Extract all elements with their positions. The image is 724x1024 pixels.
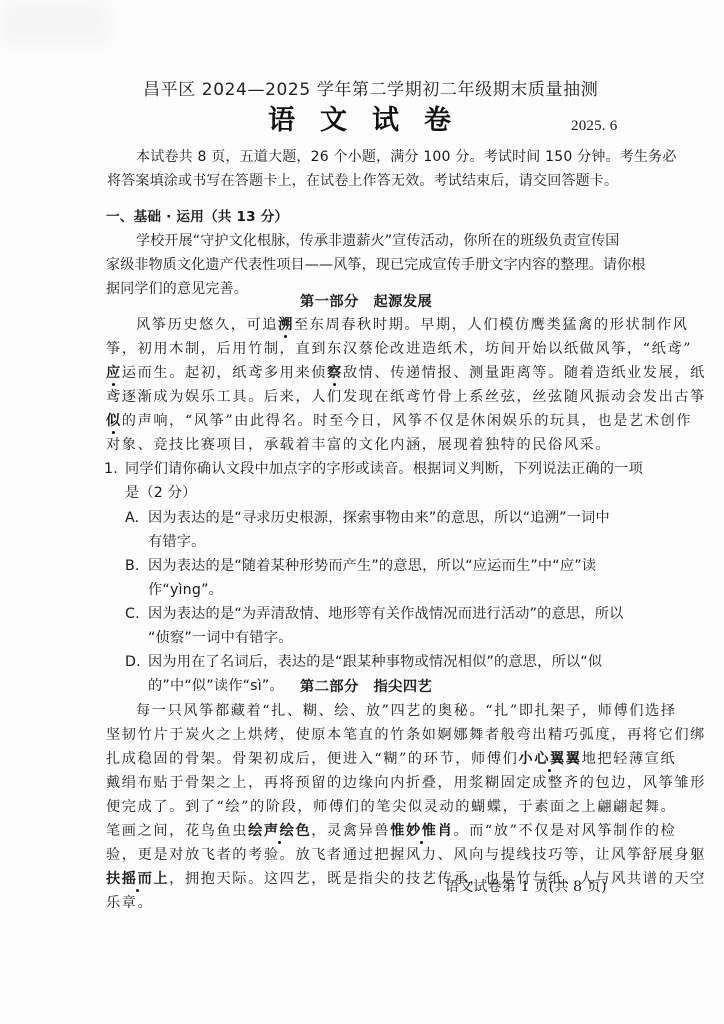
part2-heading: 第二部分 指尖四艺 <box>300 677 432 697</box>
question-number: 1. <box>104 459 118 479</box>
text: 的声响，“风筝”由此得名。时至今日，风筝不仅是休闲娱乐的玩具，也是艺术创作 <box>122 413 692 429</box>
text: 至东周春秋时期。早期，人们模仿鹰类猛禽的形状制作风 <box>294 317 689 333</box>
emphasized-char: 似 <box>106 413 122 429</box>
section-intro-line-2: 家级非物质文化遗产代表性项目——风筝，现已完成宣传手册文字内容的整理。请你根 <box>106 255 646 275</box>
question-stem-line-1: 同学们请你确认文段中加点字的字形或读音。根据词义判断，下列说法正确的一项 <box>125 459 643 479</box>
question-stem-line-2: 是（2 分） <box>125 483 197 503</box>
emphasized-phrase: 绘声绘色 <box>248 823 311 839</box>
text: 敌情、传递情报、测量距离等。随着造纸业发展，纸 <box>343 365 706 381</box>
exam-title: 昌平区 2024—2025 学年第二学期初二年级期末质量抽测 <box>143 80 598 100</box>
option-d-label[interactable]: D. <box>125 652 141 672</box>
text: 运而生。起初，纸鸢多用来侦 <box>122 365 327 381</box>
part2-line-4: 戴绢布贴于骨架之上，再将预留的边缘向内折叠，用浆糊固定成整齐的包边，风筝雏形 <box>106 773 706 793</box>
option-a-line-1: 因为表达的是“寻求历史根源，探索事物由来”的意思，所以“追溯”一词中 <box>148 508 610 528</box>
text: 。而“放”不仅是对风筝制作的检 <box>453 823 676 839</box>
text: 地把轻薄宣纸 <box>582 751 677 767</box>
part2-line-3: 扎成稳固的骨架。骨架初成后，便进入“糊”的环节，师傅们小心翼翼地把轻薄宣纸 <box>106 749 676 769</box>
emphasized-char: 察 <box>327 365 343 381</box>
text: ，拥抱天际。这四艺，既是指尖的技艺传承，也是竹与纸、人与风共谱的天空 <box>169 871 706 887</box>
option-c-label[interactable]: C. <box>125 604 140 624</box>
option-c-line-2: “侦察”一词中有错字。 <box>148 628 293 648</box>
emphasized-char: 溯 <box>278 317 294 333</box>
option-d-line-1: 因为用在了名词后，表达的是“跟某种事物或情况相似”的意思，所以“似 <box>148 652 602 672</box>
part1-line-4: 鸢逐渐成为娱乐工具。后来，人们发现在纸鸢竹骨上系丝弦，丝弦随风振动会发出古筝 <box>106 387 706 407</box>
option-b-line-1: 因为表达的是“随着某种形势而产生”的意思，所以“应运而生”中“应”读 <box>148 556 596 576</box>
part2-line-7: 验，更是对放飞者的考验。放飞者通过把握风力、风向与提线技巧等，让风筝舒展身躯 <box>106 845 706 865</box>
exam-date: 2025. 6 <box>571 116 617 136</box>
part1-line-6: 对象、竞技比赛项目，承载着丰富的文化内涵，展现着独特的民俗风采。 <box>106 435 611 455</box>
part2-line-8: 扶摇而上，拥抱天际。这四艺，既是指尖的技艺传承，也是竹与纸、人与风共谱的天空 <box>106 869 706 889</box>
option-b-line-2: 作“yìng”。 <box>148 580 223 600</box>
option-c-line-1: 因为表达的是“为弄清敌情、地形等有关作战情况而进行活动”的意思，所以 <box>148 604 624 624</box>
intro-line-1: 本试卷共 8 页，五道大题，26 个小题，满分 100 分。考试时间 150 分… <box>136 147 677 167</box>
text: 扎成稳固的骨架。骨架初成后，便进入“糊”的环节，师傅们 <box>106 751 518 767</box>
option-b-label[interactable]: B. <box>125 556 140 576</box>
subject-title: 语文试卷 <box>268 104 476 138</box>
part2-line-6: 笔画之间，花鸟鱼虫绘声绘色，灵禽异兽惟妙惟肖。而“放”不仅是对风筝制作的检 <box>106 821 676 841</box>
part2-line-2: 坚韧竹片于炭火之上烘烤，使原本笔直的竹条如婀娜舞者般弯出精巧弧度，再将它们绑 <box>106 725 706 745</box>
scan-smudge <box>0 0 110 45</box>
section-heading: 一、基础 · 运用（共 13 分） <box>106 207 288 227</box>
part2-line-9: 乐章。 <box>106 893 153 913</box>
emphasized-phrase: 小心翼翼 <box>518 751 581 767</box>
emphasized-phrase: 扶摇而上 <box>106 871 169 887</box>
part1-line-1: 风筝历史悠久，可追溯至东周春秋时期。早期，人们模仿鹰类猛禽的形状制作风 <box>136 315 689 335</box>
part1-line-3: 应运而生。起初，纸鸢多用来侦察敌情、传递情报、测量距离等。随着造纸业发展，纸 <box>106 363 706 383</box>
section-intro-line-3: 据同学们的意见完善。 <box>106 279 248 299</box>
option-a-label[interactable]: A. <box>125 508 139 528</box>
text: 风筝历史悠久，可追 <box>136 317 278 333</box>
part1-line-2: 筝，初用木制，后用竹制，直到东汉蔡伦改进造纸术，坊间开始以纸做风筝，“纸鸢” <box>106 339 692 359</box>
part1-heading: 第一部分 起源发展 <box>300 292 432 312</box>
option-a-line-2: 有错字。 <box>148 532 206 552</box>
part2-line-5: 便完成了。到了“绘”的阶段，师傅们的笔尖似灵动的蝴蝶，于素面之上翩翩起舞。 <box>106 797 676 817</box>
section-intro-line-1: 学校开展“守护文化根脉，传承非遗薪火”宣传活动，你所在的班级负责宣传国 <box>136 231 620 251</box>
part2-line-1: 每一只风筝都藏着“扎、糊、绘、放”四艺的奥秘。“扎”即扎架子，师傅们选择 <box>136 701 677 721</box>
exam-page: 昌平区 2024—2025 学年第二学期初二年级期末质量抽测 语文试卷 2025… <box>0 0 724 1024</box>
text: 笔画之间，花鸟鱼虫 <box>106 823 248 839</box>
page-footer: 语文试卷第 1 页(共 8 页) <box>445 877 607 897</box>
text: ，灵禽异兽 <box>311 823 390 839</box>
emphasized-char: 应 <box>106 365 122 381</box>
emphasized-phrase: 惟妙惟肖 <box>390 823 453 839</box>
option-d-line-2: 的”中“似”读作“sì”。 <box>148 676 284 696</box>
intro-line-2: 将答案填涂或书写在答题卡上，在试卷上作答无效。考试结束后，请交回答题卡。 <box>107 171 618 191</box>
part1-line-5: 似的声响，“风筝”由此得名。时至今日，风筝不仅是休闲娱乐的玩具，也是艺术创作 <box>106 411 692 431</box>
